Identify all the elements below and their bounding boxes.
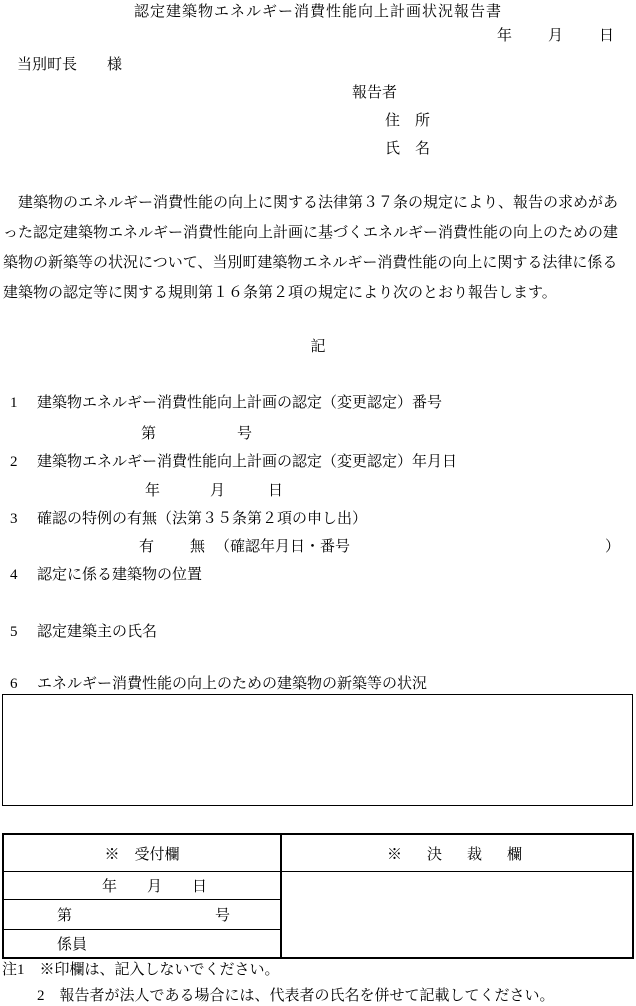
approval-blank-cell bbox=[282, 872, 632, 957]
reception-staff-row: 係員 bbox=[4, 930, 280, 957]
report-page: 認定建築物エネルギー消費性能向上計画状況報告書 年 月 日 当別町長 様 報告者… bbox=[0, 0, 636, 1006]
item-3-fill-no: 無 bbox=[190, 539, 205, 556]
addressee: 当別町長 様 bbox=[17, 57, 122, 74]
item-3-number: 3 bbox=[10, 511, 18, 528]
reception-number-row: 第 号 bbox=[4, 900, 280, 930]
item-1-fill-suffix: 号 bbox=[237, 426, 252, 443]
paragraph-line: った認定建築物エネルギー消費性能向上計画に基づくエネルギー消費性能の向上のための… bbox=[3, 225, 618, 242]
item-5-number: 5 bbox=[10, 624, 18, 641]
reception-number-prefix: 第 bbox=[57, 904, 72, 925]
item-1-label: 建築物エネルギー消費性能向上計画の認定（変更認定）番号 bbox=[37, 395, 442, 412]
reception-date-row: 年 月 日 bbox=[4, 872, 280, 900]
note-1: 注1 ※印欄は、記入しないでください。 bbox=[2, 962, 280, 979]
reception-number-suffix: 号 bbox=[215, 904, 230, 925]
stamp-table: ※ 受付欄 年 月 日 第 号 係員 ※ 決 裁 欄 bbox=[2, 833, 634, 959]
reporter-name-label: 氏 名 bbox=[385, 141, 430, 158]
ki-heading: 記 bbox=[0, 339, 636, 356]
item-1-fill-prefix: 第 bbox=[141, 426, 156, 443]
item-2-number: 2 bbox=[10, 454, 18, 471]
note-2: 2 報告者が法人である場合には、代表者の氏名を併せて記載してください。 bbox=[37, 988, 555, 1005]
item-2-fill-month: 月 bbox=[210, 483, 225, 500]
item-3-fill-yes: 有 bbox=[139, 539, 154, 556]
reception-header: ※ 受付欄 bbox=[4, 835, 280, 872]
item-6-label: エネルギー消費性能の向上のための建築物の新築等の状況 bbox=[37, 676, 427, 693]
date-line: 年 月 日 bbox=[497, 28, 616, 45]
reporter-address-label: 住 所 bbox=[385, 113, 430, 130]
item-2-label: 建築物エネルギー消費性能向上計画の認定（変更認定）年月日 bbox=[37, 454, 457, 471]
approval-column: ※ 決 裁 欄 bbox=[282, 835, 632, 957]
item-4-number: 4 bbox=[10, 567, 18, 584]
paragraph-line: 建築物のエネルギー消費性能の向上に関する法律第３７条の規定により、報告の求めがあ bbox=[3, 195, 618, 212]
item-6-number: 6 bbox=[10, 676, 18, 693]
item-3-fill-confirm: （確認年月日・番号 bbox=[215, 539, 350, 556]
document-title: 認定建築物エネルギー消費性能向上計画状況報告書 bbox=[0, 4, 636, 21]
reporter-label: 報告者 bbox=[352, 85, 397, 102]
approval-header: ※ 決 裁 欄 bbox=[282, 835, 632, 872]
item-5-label: 認定建築主の氏名 bbox=[37, 624, 157, 641]
paragraph-line: 築物の新築等の状況について、当別町建築物エネルギー消費性能の向上に関する法律に係… bbox=[3, 255, 617, 272]
item-1-number: 1 bbox=[10, 395, 18, 412]
construction-status-box bbox=[2, 694, 633, 806]
item-3-label: 確認の特例の有無（法第３５条第２項の申し出） bbox=[37, 511, 367, 528]
item-2-fill-year: 年 bbox=[145, 483, 160, 500]
paragraph-line: 建築物の認定等に関する規則第１６条第２項の規定により次のとおり報告します。 bbox=[3, 285, 557, 302]
item-2-fill-day: 日 bbox=[268, 483, 283, 500]
reception-column: ※ 受付欄 年 月 日 第 号 係員 bbox=[4, 835, 282, 957]
item-3-fill-close-paren: ） bbox=[605, 539, 620, 556]
item-4-label: 認定に係る建築物の位置 bbox=[37, 567, 202, 584]
